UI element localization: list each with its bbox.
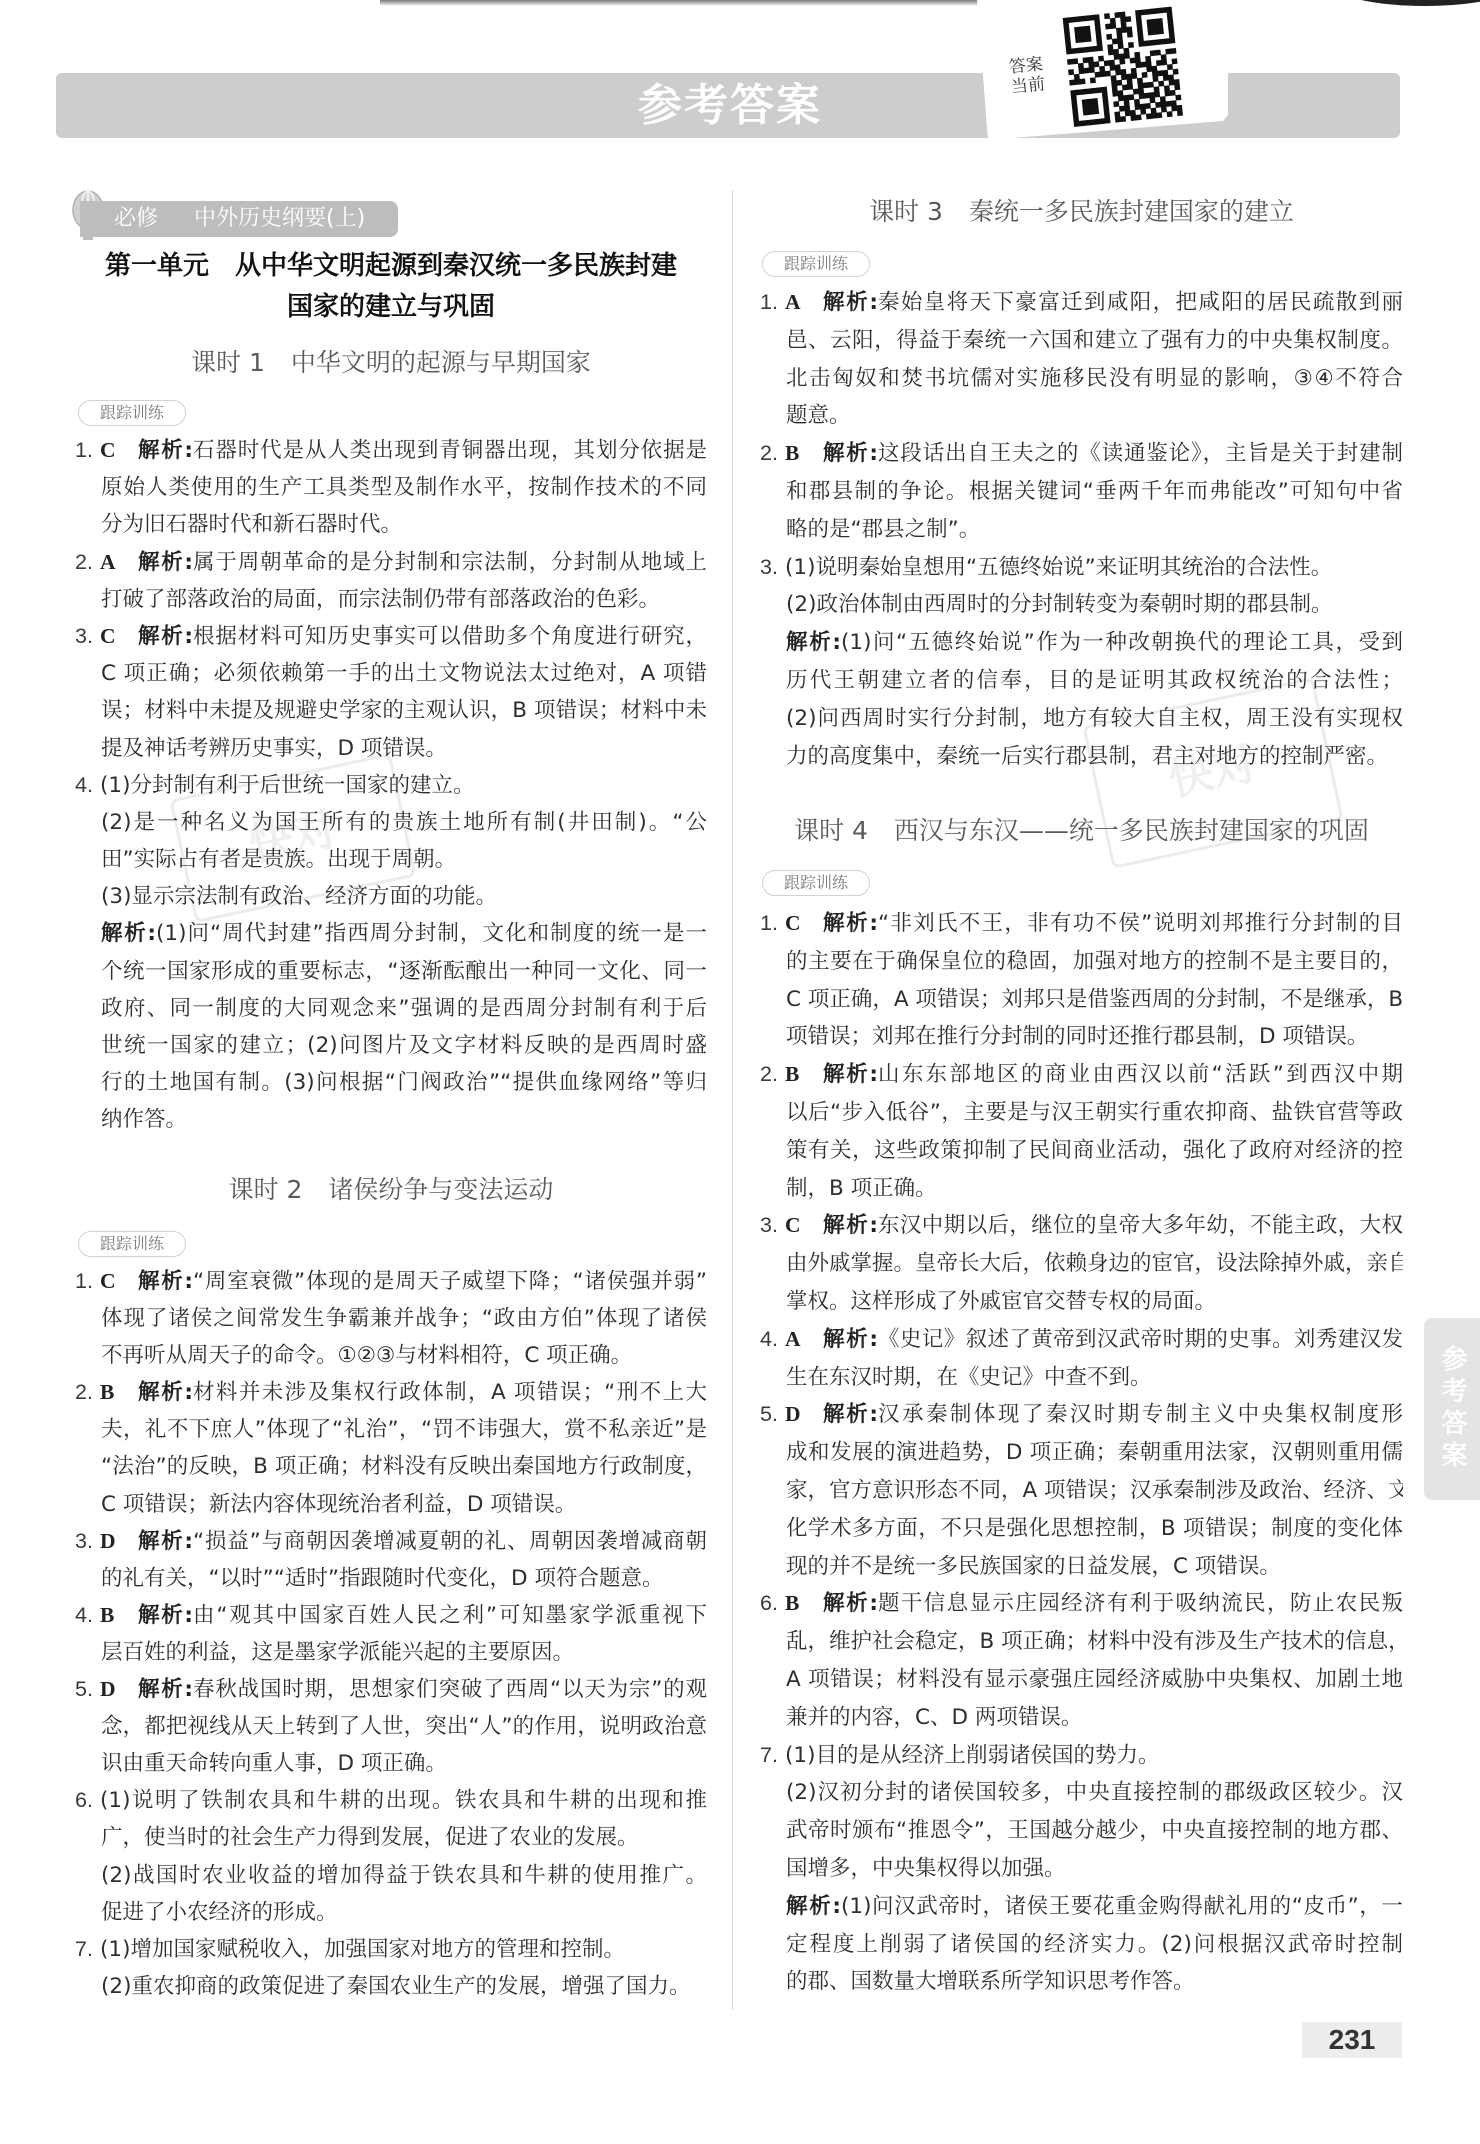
answer-first-line: 2. B 解析: 材料并未涉及集权行政体制，A 项错误；“刑不上大 [75,1374,707,1411]
analysis-label: 解析: [786,624,841,662]
analysis-first-line: 解析: (1)问汉武帝时，诸侯王要花重金购得献礼用的“皮币”，一 [760,1888,1403,1926]
answer-first-line: 7. (1)目的是从经济上削弱诸侯国的势力。 [760,1737,1403,1775]
answer-text-line: 识由重天命转向重人事，D 项正确。 [75,1745,707,1782]
question-number: 2. [75,544,100,581]
question-number: 5. [75,1671,100,1708]
analysis-label: 解析: [786,1888,841,1926]
analysis-label: 解析: [138,618,193,655]
lesson-number: 课时 1 [191,348,265,377]
analysis-label: 解析: [101,915,156,952]
answer-text-line: 误；材料中未提及规避史学家的主观认识，B 项错误；材料中未 [75,692,707,729]
answer-choice: C [100,618,138,655]
answer-first-line: 7. (1)增加国家赋税收入，加强国家对地方的管理和控制。 [75,1931,707,1968]
answer-first-line: 4. A 解析: 《史记》叙述了黄帝到汉武帝时期的史事。刘秀建汉发 [760,1321,1403,1359]
answer-first-line: 3. C 解析: 根据材料可知历史事实可以借助多个角度进行研究， [75,618,707,655]
answer-choice: C [785,1207,823,1245]
analysis-label: 解析: [138,1523,193,1560]
analysis-label: 解析: [138,1671,193,1708]
question-number: 5. [760,1396,785,1434]
answer-text-line: C 项错误；新法内容体现统治者利益，D 项错误。 [75,1486,707,1523]
answer-text-line: C 项正确，A 项错误；刘邦只是借鉴西周的分封制，不是继承，B [760,981,1403,1019]
answer-first-line: 4. (1)分封制有利于后世统一国家的建立。 [75,767,707,804]
answer-text-line: 个统一国家形成的重要标志，“逐渐酝酿出一种同一文化、同一 [75,953,707,990]
answer-text-line: 邑、云阳，得益于秦统一六国和建立了强有力的中央集权制度。 [760,322,1403,360]
answer-text: 这段话出自王夫之的《读通鉴论》，主旨是关于封建制 [878,435,1403,473]
answer-text-line: (2)汉初分封的诸侯国较多，中央直接控制的郡级政区较少。汉 [760,1774,1403,1812]
question-number: 7. [760,1737,785,1775]
answer-list: 1. C 解析: “周室衰微”体现的是周天子威望下降；“诸侯强并弱” 体现了诸侯… [75,1263,707,2005]
lesson-title: 西汉与东汉——统一多民族封建国家的巩固 [894,816,1369,845]
lesson-heading: 课时 4西汉与东汉——统一多民族封建国家的巩固 [760,812,1403,850]
question-number: 4. [75,767,100,804]
lesson-title: 诸侯纷争与变法运动 [328,1175,553,1204]
analysis-label: 解析: [823,1321,878,1359]
answer-text-line: C 项正确；必须依赖第一手的出土文物说法太过绝对，A 项错 [75,655,707,692]
answer-list: 1. C 解析: “非刘氏不王，非有功不侯”说明刘邦推行分封制的目 的主要在于确… [760,905,1403,2001]
analysis-label: 解析: [138,1374,193,1411]
lesson-number: 课时 3 [869,197,943,226]
column-divider [732,190,733,2010]
answer-text-line: 夫，礼不下庶人”体现了“礼治”，“罚不讳强大，赏不私亲近”是 [75,1411,707,1448]
answer-text-line: 家，官方意识形态不同，A 项错误；汉承秦制涉及政治、经济、文 [760,1472,1403,1510]
answer-first-line: 1. C 解析: “周室衰微”体现的是周天子威望下降；“诸侯强并弱” [75,1263,707,1300]
answer-text: 由“观其中国家百姓人民之利”可知墨家学派重视下 [193,1597,707,1634]
analysis-label: 解析: [823,1056,878,1094]
answer-text-line: 促进了小农经济的形成。 [75,1894,707,1931]
answer-list: 1. C 解析: 石器时代是从人类出现到青铜器出现，其划分依据是 原始人类使用的… [75,432,707,1139]
answer-text: 东汉中期以后，继位的皇帝大多年幼，不能主政，大权 [878,1207,1403,1245]
answer-text-line: 力的高度集中，秦统一后实行郡县制，君主对地方的控制严密。 [760,738,1403,776]
answer-choice: A [100,544,138,581]
answer-text-line: 题意。 [760,397,1403,435]
analysis-label: 解析: [823,1207,878,1245]
answer-text-line: 成和发展的演进趋势，D 项正确；秦朝重用法家，汉朝则重用儒 [760,1434,1403,1472]
analysis-first-line: 解析: (1)问“五德终始说”作为一种改朝换代的理论工具，受到 [760,624,1403,662]
answer-text-line: 打破了部落政治的局面，而宗法制仍带有部落政治的色彩。 [75,581,707,618]
analysis-label: 解析: [823,1585,878,1623]
question-number: 6. [75,1782,100,1819]
page-number: 231 [1302,2022,1402,2058]
analysis-label: 解析: [138,432,193,469]
lesson-heading: 课时 3秦统一多民族封建国家的建立 [760,193,1403,231]
analysis-label: 解析: [138,544,193,581]
unit-title-line1: 第一单元 从中华文明起源到秦汉统一多民族封建 [75,246,707,287]
answer-choice: D [100,1523,138,1560]
question-number: 7. [75,1931,100,1968]
answer-text-line: 现的并不是统一多民族国家的日益发展，C 项错误。 [760,1548,1403,1586]
answer-first-line: 6. (1)说明了铁制农具和牛耕的出现。铁农具和牛耕的出现和推 [75,1782,707,1819]
answer-text: 秦始皇将天下豪富迁到咸阳，把咸阳的居民疏散到丽 [878,284,1403,322]
lesson-heading: 课时 1中华文明的起源与早期国家 [75,344,707,382]
analysis-text: (1)问“周代封建”指西周分封制，文化和制度的统一是一 [156,915,707,952]
answer-text-line: 世统一国家的建立；(2)问图片及文字材料反映的是西周时盛 [75,1027,707,1064]
answer-text-line: (3)显示宗法制有政治、经济方面的功能。 [75,878,707,915]
answer-text: (1)增加国家赋税收入，加强国家对地方的管理和控制。 [100,1931,707,1968]
unit-title-line2: 国家的建立与巩固 [75,287,707,328]
lesson-number: 课时 2 [229,1175,303,1204]
answer-text-line: 体现了诸侯之间常发生争霸兼并战争；“政由方伯”体现了诸侯 [75,1300,707,1337]
tracking-practice-badge: 跟踪训练 [78,1231,186,1257]
answer-text: 石器时代是从人类出现到青铜器出现，其划分依据是 [193,432,707,469]
answer-text-line: 国增多，中央集权得以加强。 [760,1850,1403,1888]
question-number: 3. [75,618,100,655]
answer-text-line: 行的土地国有制。(3)问根据“门阀政治”“提供血缘网络”等归 [75,1064,707,1101]
answer-first-line: 3. D 解析: “损益”与商朝因袭增减夏朝的礼、周朝因袭增减商朝 [75,1523,707,1560]
answer-first-line: 6. B 解析: 题干信息显示庄园经济有利于吸纳流民，防止农民叛 [760,1585,1403,1623]
answer-choice: B [100,1374,138,1411]
answer-text: (1)目的是从经济上削弱诸侯国的势力。 [785,1737,1403,1775]
answer-text-line: 广，使当时的社会生产力得到发展，促进了农业的发展。 [75,1819,707,1856]
question-number: 1. [760,905,785,943]
answer-text: 材料并未涉及集权行政体制，A 项错误；“刑不上大 [193,1374,707,1411]
subject-tag: 必修 中外历史纲要(上) [80,201,398,237]
answer-text: 题干信息显示庄园经济有利于吸纳流民，防止农民叛 [878,1585,1403,1623]
answer-key-page: 参考答案 答案 当前 快对 快对 必修 中外历史纲要(上) 第一单元 从中华文明… [0,0,1480,2144]
lesson-title: 中华文明的起源与早期国家 [291,348,591,377]
answer-choice: B [785,1585,823,1623]
analysis-text: (1)问“五德终始说”作为一种改朝换代的理论工具，受到 [841,624,1403,662]
answer-text-line: 的郡、国数量大增联系所学知识思考作答。 [760,1963,1403,2001]
answer-text-line: (2)政治体制由西周时的分封制转变为秦朝时期的郡县制。 [760,586,1403,624]
answer-choice: C [785,905,823,943]
analysis-label: 解析: [823,1396,878,1434]
question-number: 1. [75,1263,100,1300]
answer-text-line: (2)战国时农业收益的增加得益于铁农具和牛耕的使用推广。 [75,1857,707,1894]
side-section-tab: 参考答案 [1424,1318,1480,1500]
answer-text: 《史记》叙述了黄帝到汉武帝时期的史事。刘秀建汉发 [878,1321,1403,1359]
answer-text: “周室衰微”体现的是周天子威望下降；“诸侯强并弱” [193,1263,707,1300]
answer-text-line: 略的是“郡县之制”。 [760,511,1403,549]
answer-text: “非刘氏不王，非有功不侯”说明刘邦推行分封制的目 [878,905,1403,943]
answer-text-line: 化学术多方面，不只是强化思想控制，B 项错误；制度的变化体 [760,1510,1403,1548]
answer-text-line: (2)重农抑商的政策促进了秦国农业生产的发展，增强了国力。 [75,1968,707,2005]
answer-text-line: 提及神话考辨历史事实，D 项错误。 [75,730,707,767]
question-number: 3. [760,549,785,587]
answer-choice: D [785,1396,823,1434]
answer-choice: A [785,284,823,322]
answer-text: (1)说明了铁制农具和牛耕的出现。铁农具和牛耕的出现和推 [100,1782,707,1819]
answer-text-line: 和郡县制的争论。根据关键词“垂两千年而弗能改”可知句中省 [760,473,1403,511]
answer-first-line: 5. D 解析: 春秋战国时期，思想家们突破了西周“以天为宗”的观 [75,1671,707,1708]
answer-first-line: 2. A 解析: 属于周朝革命的是分封制和宗法制，分封制从地域上 [75,544,707,581]
answer-first-line: 1. A 解析: 秦始皇将天下豪富迁到咸阳，把咸阳的居民疏散到丽 [760,284,1403,322]
subject-book-label: 中外历史纲要(上) [194,201,365,237]
qr-code-card[interactable] [0,0,1480,160]
answer-first-line: 2. B 解析: 山东东部地区的商业由西汉以前“活跃”到西汉中期 [760,1056,1403,1094]
answer-first-line: 1. C 解析: 石器时代是从人类出现到青铜器出现，其划分依据是 [75,432,707,469]
question-number: 2. [75,1374,100,1411]
lesson-title: 秦统一多民族封建国家的建立 [969,197,1294,226]
tracking-practice-badge: 跟踪训练 [78,400,186,426]
answer-choice: B [785,435,823,473]
answer-first-line: 2. B 解析: 这段话出自王夫之的《读通鉴论》，主旨是关于封建制 [760,435,1403,473]
answer-text-line: 北击匈奴和焚书坑儒对实施移民没有明显的影响，③④不符合 [760,360,1403,398]
answer-text-line: 以后“步入低谷”，主要是与汉王朝实行重农抑商、盐铁官营等政 [760,1094,1403,1132]
analysis-text: (1)问汉武帝时，诸侯王要花重金购得献礼用的“皮币”，一 [841,1888,1403,1926]
answer-choice: C [100,1263,138,1300]
answer-text-line: 生在东汉时期，在《史记》中查不到。 [760,1359,1403,1397]
answer-text-line: A 项错误；材料没有显示豪强庄园经济威胁中央集权、加剧土地 [760,1661,1403,1699]
answer-text-line: 政府、同一制度的大同观念来”强调的是西周分封制有利于后 [75,990,707,1027]
answer-text-line: 分为旧石器时代和新石器时代。 [75,506,707,543]
question-number: 2. [760,1056,785,1094]
answer-text-line: 由外戚掌握。皇帝长大后，依赖身边的宦官，设法除掉外戚，亲自 [760,1245,1403,1283]
lesson-number: 课时 4 [794,816,868,845]
answer-text: 属于周朝革命的是分封制和宗法制，分封制从地域上 [193,544,707,581]
question-number: 1. [760,284,785,322]
answer-text-line: 的礼有关，“以时”“适时”指跟随时代变化，D 项符合题意。 [75,1560,707,1597]
answer-text: 根据材料可知历史事实可以借助多个角度进行研究， [193,618,707,655]
answer-text: 山东东部地区的商业由西汉以前“活跃”到西汉中期 [878,1056,1403,1094]
qr-caption: 答案 当前 [1000,53,1054,98]
answer-text-line: (2)是一种名义为国王所有的贵族土地所有制(井田制)。“公 [75,804,707,841]
analysis-label: 解析: [823,905,878,943]
lesson-heading: 课时 2诸侯纷争与变法运动 [75,1171,707,1209]
answer-first-line: 3. C 解析: 东汉中期以后，继位的皇帝大多年幼，不能主政，大权 [760,1207,1403,1245]
analysis-label: 解析: [823,435,878,473]
answer-text: “损益”与商朝因袭增减夏朝的礼、周朝因袭增减商朝 [193,1523,707,1560]
analysis-label: 解析: [138,1263,193,1300]
question-number: 6. [760,1585,785,1623]
answer-text-line: 念，都把视线从天上转到了人世，突出“人”的作用，说明政治意 [75,1708,707,1745]
analysis-label: 解析: [138,1597,193,1634]
answer-text-line: 定程度上削弱了诸侯国的经济实力。(2)问根据汉武帝时控制 [760,1926,1403,1964]
answer-first-line: 5. D 解析: 汉承秦制体现了秦汉时期专制主义中央集权制度形 [760,1396,1403,1434]
question-number: 2. [760,435,785,473]
answer-choice: D [100,1671,138,1708]
answer-text-line: 兼并的内容，C、D 两项错误。 [760,1699,1403,1737]
answer-first-line: 1. C 解析: “非刘氏不王，非有功不侯”说明刘邦推行分封制的目 [760,905,1403,943]
question-number: 3. [760,1207,785,1245]
answer-text-line: 制，B 项正确。 [760,1170,1403,1208]
answer-text-line: 掌权。这样形成了外戚宦官交替专权的局面。 [760,1283,1403,1321]
analysis-label: 解析: [823,284,878,322]
answer-text-line: (2)问西周时实行分封制，地方有较大自主权，周王没有实现权 [760,700,1403,738]
answer-text: 汉承秦制体现了秦汉时期专制主义中央集权制度形 [878,1396,1403,1434]
subject-required-label: 必修 [114,201,158,237]
question-number: 1. [75,432,100,469]
answer-choice: A [785,1321,823,1359]
answer-text: 春秋战国时期，思想家们突破了西周“以天为宗”的观 [193,1671,707,1708]
answer-text-line: 的主要在于确保皇位的稳固，加强对地方的控制不是主要目的， [760,943,1403,981]
answer-text: (1)说明秦始皇想用“五德终始说”来证明其统治的合法性。 [785,549,1403,587]
tracking-practice-badge: 跟踪训练 [762,870,870,896]
question-number: 3. [75,1523,100,1560]
answer-text-line: 乱，维护社会稳定，B 项正确；材料中没有涉及生产技术的信息， [760,1623,1403,1661]
answer-choice: B [785,1056,823,1094]
answer-choice: B [100,1597,138,1634]
answer-text-line: 不再听从周天子的命令。①②③与材料相符，C 项正确。 [75,1337,707,1374]
answer-choice: C [100,432,138,469]
answer-text-line: 纳作答。 [75,1101,707,1138]
answer-text-line: 田”实际占有者是贵族。出现于周朝。 [75,841,707,878]
question-number: 4. [760,1321,785,1359]
answer-first-line: 4. B 解析: 由“观其中国家百姓人民之利”可知墨家学派重视下 [75,1597,707,1634]
answer-text: (1)分封制有利于后世统一国家的建立。 [100,767,707,804]
answer-text-line: 策有关，这些政策抑制了民间商业活动，强化了政府对经济的控 [760,1132,1403,1170]
answer-text-line: 原始人类使用的生产工具类型及制作水平，按制作技术的不同 [75,469,707,506]
answer-first-line: 3. (1)说明秦始皇想用“五德终始说”来证明其统治的合法性。 [760,549,1403,587]
answer-text-line: 历代王朝建立者的信奉，目的是证明其政权统治的合法性； [760,662,1403,700]
tracking-practice-badge: 跟踪训练 [762,251,870,277]
answer-text-line: “法治”的反映，B 项正确；材料没有反映出秦国地方行政制度， [75,1448,707,1485]
answer-text-line: 层百姓的利益，这是墨家学派能兴起的主要原因。 [75,1634,707,1671]
answer-text-line: 项错误；刘邦在推行分封制的同时还推行郡县制，D 项错误。 [760,1018,1403,1056]
analysis-first-line: 解析: (1)问“周代封建”指西周分封制，文化和制度的统一是一 [75,915,707,952]
answer-list: 1. A 解析: 秦始皇将天下豪富迁到咸阳，把咸阳的居民疏散到丽 邑、云阳，得益… [760,284,1403,775]
answer-text-line: 武帝时颁布“推恩令”，王国越分越少，中央直接控制的地方郡、 [760,1812,1403,1850]
question-number: 4. [75,1597,100,1634]
